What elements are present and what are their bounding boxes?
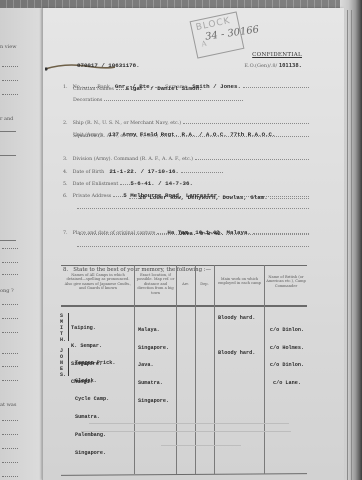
dotted-line [2,448,18,449]
location: Malaya. [138,327,169,333]
location-list: Java. Sumatra. Singapore. [138,350,169,416]
underlying-page: n view r and ong ? at was [0,8,48,480]
camps-table: Names of All Camps in which detained—spe… [61,265,307,478]
dotted-line [2,80,18,81]
field-number: 6. [63,194,68,199]
show-through-line [81,431,291,432]
dotted-line [2,353,18,354]
commander: c/o Lane. [268,380,306,386]
rule [0,240,16,241]
header-camp-names: Names of All Camps in which detained—spe… [63,273,133,291]
christian-names-label: Christian Names [73,87,114,92]
address-label: Private Address [73,194,112,199]
dotted-line [2,274,18,275]
table-top-rule [61,265,307,266]
dotted-line [2,476,18,477]
column-divider [264,265,265,474]
dotted-line [2,262,18,263]
dotted-line [2,434,18,435]
location: Sumatra. [138,380,169,386]
dotted-line [2,420,18,421]
field-decorations: Decorations [73,97,243,103]
letter: H. [60,337,66,343]
blank-dotted-line [77,246,309,247]
header-camp-commander: Name of British (or American etc.), Camp… [266,275,306,288]
margin-fragment: ong ? [0,288,14,294]
ref-value: 101138. [279,63,302,69]
commander: c/o Dinlon. [268,362,306,368]
show-through-line [89,423,289,424]
dots [160,133,309,137]
column-divider [214,265,215,474]
field-number: 7. [63,231,68,236]
reference-number: E.O.(Gen)/.8/ 101138. [244,63,302,69]
camp-name: Glodak. [75,378,115,384]
camp-name: Palembang. [75,432,115,438]
capture-line-2-row: Java. 9-3-42. [77,230,309,237]
field-christian-names: Christian Names Elgar. / Daniel Simon. [73,85,309,92]
rule [0,155,16,156]
dots [113,193,123,197]
field-squadron: Squadron (R. A. F., or A. A. F., etc.) [73,133,309,139]
edge-line [347,10,348,480]
commander-list: c/o Dinlon. c/o Lane. [268,350,306,398]
bracket [68,348,69,376]
commander: c/o Dinlon. [268,327,306,333]
table-bottom-rule [61,473,307,476]
dotted-line [2,94,18,95]
header-bottom-rule [61,305,307,307]
dotted-line [2,462,18,463]
liberation-questionnaire-sheet: BLOCK A 34 - 30166 CONFIDENTIAL E.O.(Gen… [42,8,344,480]
prisoner-initials-vertical: J O N E S. [60,348,66,378]
address-line-2: 28 Lower Row, Denyworn, Dowlas, Glam. [139,194,268,201]
camp-name: Cycle Camp. [75,396,115,402]
dots [116,86,126,90]
dots [104,97,243,101]
blank-dotted-line [77,208,309,209]
capture-line-2: Java. 9-3-42. [179,230,224,237]
field-number: 2. [63,121,68,126]
dots [129,195,139,199]
edge-line [351,10,352,480]
margin-fragment: n view [0,44,16,50]
dots [270,195,309,199]
margin-fragment: at was [0,402,16,408]
camp-name: Taiping. [71,325,102,331]
column-divider [134,265,135,474]
classification-label: CONFIDENTIAL [252,52,302,58]
dotted-line [2,318,18,319]
camp-name: Tangen Prick. [75,360,115,366]
christian-names-value: Elgar. / Daniel Simon. [126,85,203,92]
margin-fragment: r and [0,116,13,122]
dots [79,231,179,235]
ref-label: E.O.(Gen)/.8/ [244,63,277,69]
column-divider [195,265,196,474]
header-arrival: Arr. [176,282,195,286]
field-number: 1. [63,85,68,90]
dots [226,231,309,235]
camps-list: Tangen Prick. Glodak. Cycle Camp. Sumatr… [75,348,115,468]
rule [0,131,16,132]
location: Java. [138,362,169,368]
address-line-2-row: 28 Lower Row, Denyworn, Dowlas, Glam. [127,194,309,201]
camp-name: Singapore. [75,450,115,456]
dotted-line [2,380,18,381]
prisoner-initials-vertical: S M I T H. [60,313,66,343]
service-numbers: 870017 / 10631178. [77,62,140,69]
decorations-label: Decorations [73,98,102,103]
dotted-line [2,304,18,305]
letter: S. [60,372,66,378]
squadron-label: Squadron (R. A. F., or A. A. F., etc.) [73,134,158,139]
dotted-line [2,66,18,67]
dotted-line [2,366,18,367]
main-work: Bloody hard. [218,315,255,321]
header-location: Exact location, if possible. Map ref. or… [136,273,175,295]
main-work: Bloody hard. [218,350,255,356]
header-main-work: Main work on which employed in each camp [217,277,262,286]
show-through-line [161,445,241,446]
camp-name: Sumatra. [75,414,115,420]
dotted-line [2,332,18,333]
bracket [68,313,69,341]
header-departure: Dep. [195,282,214,286]
location: Singapore. [138,398,169,404]
dotted-line [2,248,18,249]
column-divider [176,265,177,474]
